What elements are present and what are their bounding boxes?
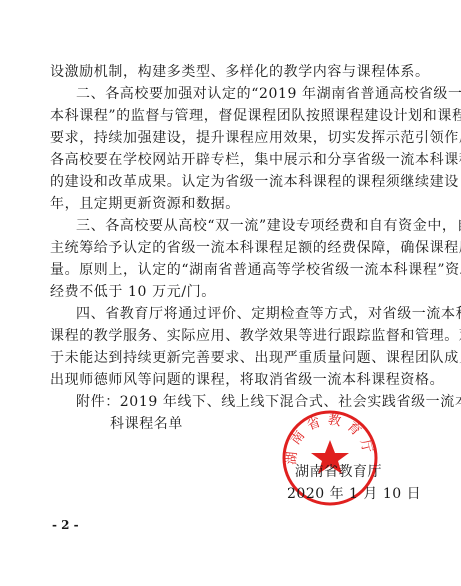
text-line: 于未能达到持续更新完善要求、出现严重质量问题、课程团队成员 <box>50 349 410 367</box>
document-page: 设激励机制，构建多类型、多样化的教学内容与课程体系。 二、各高校要加强对认定的“… <box>0 0 461 586</box>
text-line: 的建设和改革成果。认定为省级一流本科课程的课程须继续建设 3 <box>50 173 410 191</box>
signature-organization: 湖南省教育厅 <box>295 463 382 481</box>
text-line: 课程的教学服务、实际应用、教学效果等进行跟踪监督和管理。对 <box>50 327 410 345</box>
paragraph-3-start: 三、各高校要从高校“双一流”建设专项经费和自有资金中，自 <box>76 217 436 235</box>
page-number: - 2 - <box>52 518 79 532</box>
text-line: 主统筹给予认定的省级一流本科课程足额的经费保障，确保课程质 <box>50 239 410 257</box>
paragraph-2-start: 二、各高校要加强对认定的“2019 年湖南省普通高校省级一流 <box>76 85 436 103</box>
text-line: 量。原则上，认定的“湖南省普通高等学校省级一流本科课程”资助 <box>50 261 410 279</box>
text-line: 经费不低于 10 万元/门。 <box>50 283 410 301</box>
paragraph-4-start: 四、省教育厅将通过评价、定期检查等方式，对省级一流本科 <box>76 305 436 323</box>
text-line: 要求，持续加强建设，提升课程应用效果，切实发挥示范引领作用。 <box>50 129 410 147</box>
attachment-label: 附件：2019 年线下、线上线下混合式、社会实践省级一流本 <box>76 393 436 411</box>
signature-date: 2020 年 1 月 10 日 <box>287 485 421 503</box>
text-line: 设激励机制，构建多类型、多样化的教学内容与课程体系。 <box>50 63 410 81</box>
text-line: 出现师德师风等问题的课程，将取消省级一流本科课程资格。 <box>50 371 410 389</box>
text-line: 本科课程”的监督与管理，督促课程团队按照课程建设计划和课程 <box>50 107 410 125</box>
text-line: 年，且定期更新资源和数据。 <box>50 195 410 213</box>
text-line: 各高校要在学校网站开辟专栏，集中展示和分享省级一流本科课程 <box>50 151 410 169</box>
